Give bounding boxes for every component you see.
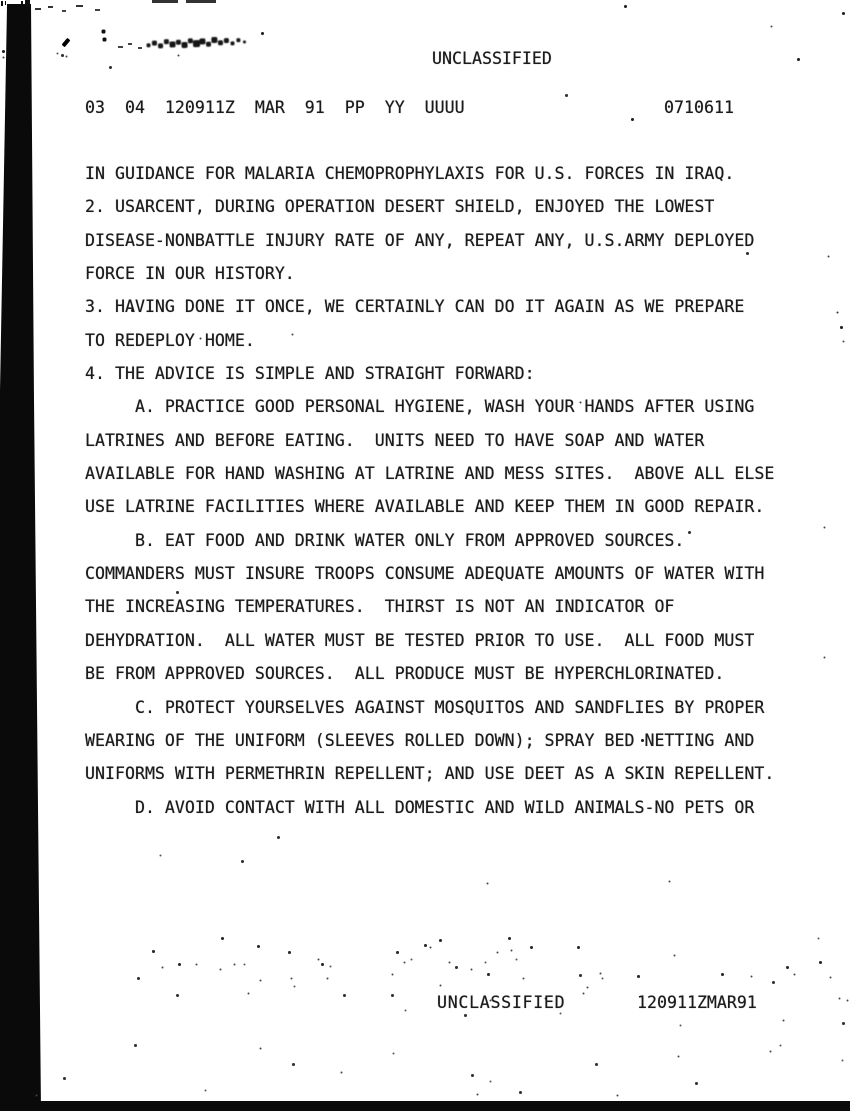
body-line: UNIFORMS WITH PERMETHRIN REPELLENT; AND … xyxy=(85,757,805,790)
scan-dash xyxy=(186,0,216,3)
ink-smudge-texture xyxy=(148,39,149,40)
body-line: D. AVOID CONTACT WITH ALL DOMESTIC AND W… xyxy=(85,791,805,824)
scan-dash xyxy=(48,6,53,8)
scan-dash xyxy=(118,46,123,48)
scan-dash xyxy=(95,9,100,11)
footer-classification: UNCLASSIFIED xyxy=(437,993,565,1013)
scan-dash xyxy=(76,5,83,7)
body-line: 2. USARCENT, DURING OPERATION DESERT SHI… xyxy=(85,190,805,223)
scan-dash xyxy=(152,0,178,3)
scan-dash xyxy=(35,8,41,10)
body-line: LATRINES AND BEFORE EATING. UNITS NEED T… xyxy=(85,424,805,457)
body-line: USE LATRINE FACILITIES WHERE AVAILABLE A… xyxy=(85,490,805,523)
pen-tick-mark xyxy=(62,38,71,47)
body-line: DEHYDRATION. ALL WATER MUST BE TESTED PR… xyxy=(85,624,805,657)
message-routing-line: 03 04 120911Z MAR 91 PP YY UUUU xyxy=(85,98,465,118)
body-line: THE INCREASING TEMPERATURES. THIRST IS N… xyxy=(85,590,805,623)
body-line: DISEASE-NONBATTLE INJURY RATE OF ANY, RE… xyxy=(85,224,805,257)
body-line: BE FROM APPROVED SOURCES. ALL PRODUCE MU… xyxy=(85,657,805,690)
serial-number: 0710611 xyxy=(664,98,734,118)
scanned-document-page: UNCLASSIFIED 03 04 120911Z MAR 91 PP YY … xyxy=(0,0,850,1111)
body-line: 3. HAVING DONE IT ONCE, WE CERTAINLY CAN… xyxy=(85,290,805,323)
body-line: TO REDEPLOY HOME. xyxy=(85,324,805,357)
corner-mark xyxy=(21,1,23,6)
footer-date-time-group: 120911ZMAR91 xyxy=(637,993,757,1013)
scan-dash xyxy=(62,10,66,12)
scan-dash xyxy=(138,47,142,49)
ink-smudge xyxy=(148,35,252,52)
corner-mark xyxy=(5,1,6,5)
body-line: AVAILABLE FOR HAND WASHING AT LATRINE AN… xyxy=(85,457,805,490)
scan-dash xyxy=(128,43,132,45)
body-line: FORCE IN OUR HISTORY. xyxy=(85,257,805,290)
scan-noise-speckles xyxy=(0,0,1,1)
corner-mark xyxy=(25,0,30,7)
body-line: C. PROTECT YOURSELVES AGAINST MOSQUITOS … xyxy=(85,691,805,724)
classification-banner: UNCLASSIFIED xyxy=(432,49,552,69)
body-line: 4. THE ADVICE IS SIMPLE AND STRAIGHT FOR… xyxy=(85,357,805,390)
body-line: A. PRACTICE GOOD PERSONAL HYGIENE, WASH … xyxy=(85,390,805,423)
message-body: IN GUIDANCE FOR MALARIA CHEMOPROPHYLAXIS… xyxy=(85,157,805,824)
body-line: COMMANDERS MUST INSURE TROOPS CONSUME AD… xyxy=(85,557,805,590)
scan-edge-black-strip xyxy=(0,0,44,1111)
corner-mark xyxy=(1,1,3,6)
scan-edge-bottom-bar xyxy=(0,1101,850,1111)
body-line: IN GUIDANCE FOR MALARIA CHEMOPROPHYLAXIS… xyxy=(85,157,805,190)
body-line: WEARING OF THE UNIFORM (SLEEVES ROLLED D… xyxy=(85,724,805,757)
body-line: B. EAT FOOD AND DRINK WATER ONLY FROM AP… xyxy=(85,524,805,557)
